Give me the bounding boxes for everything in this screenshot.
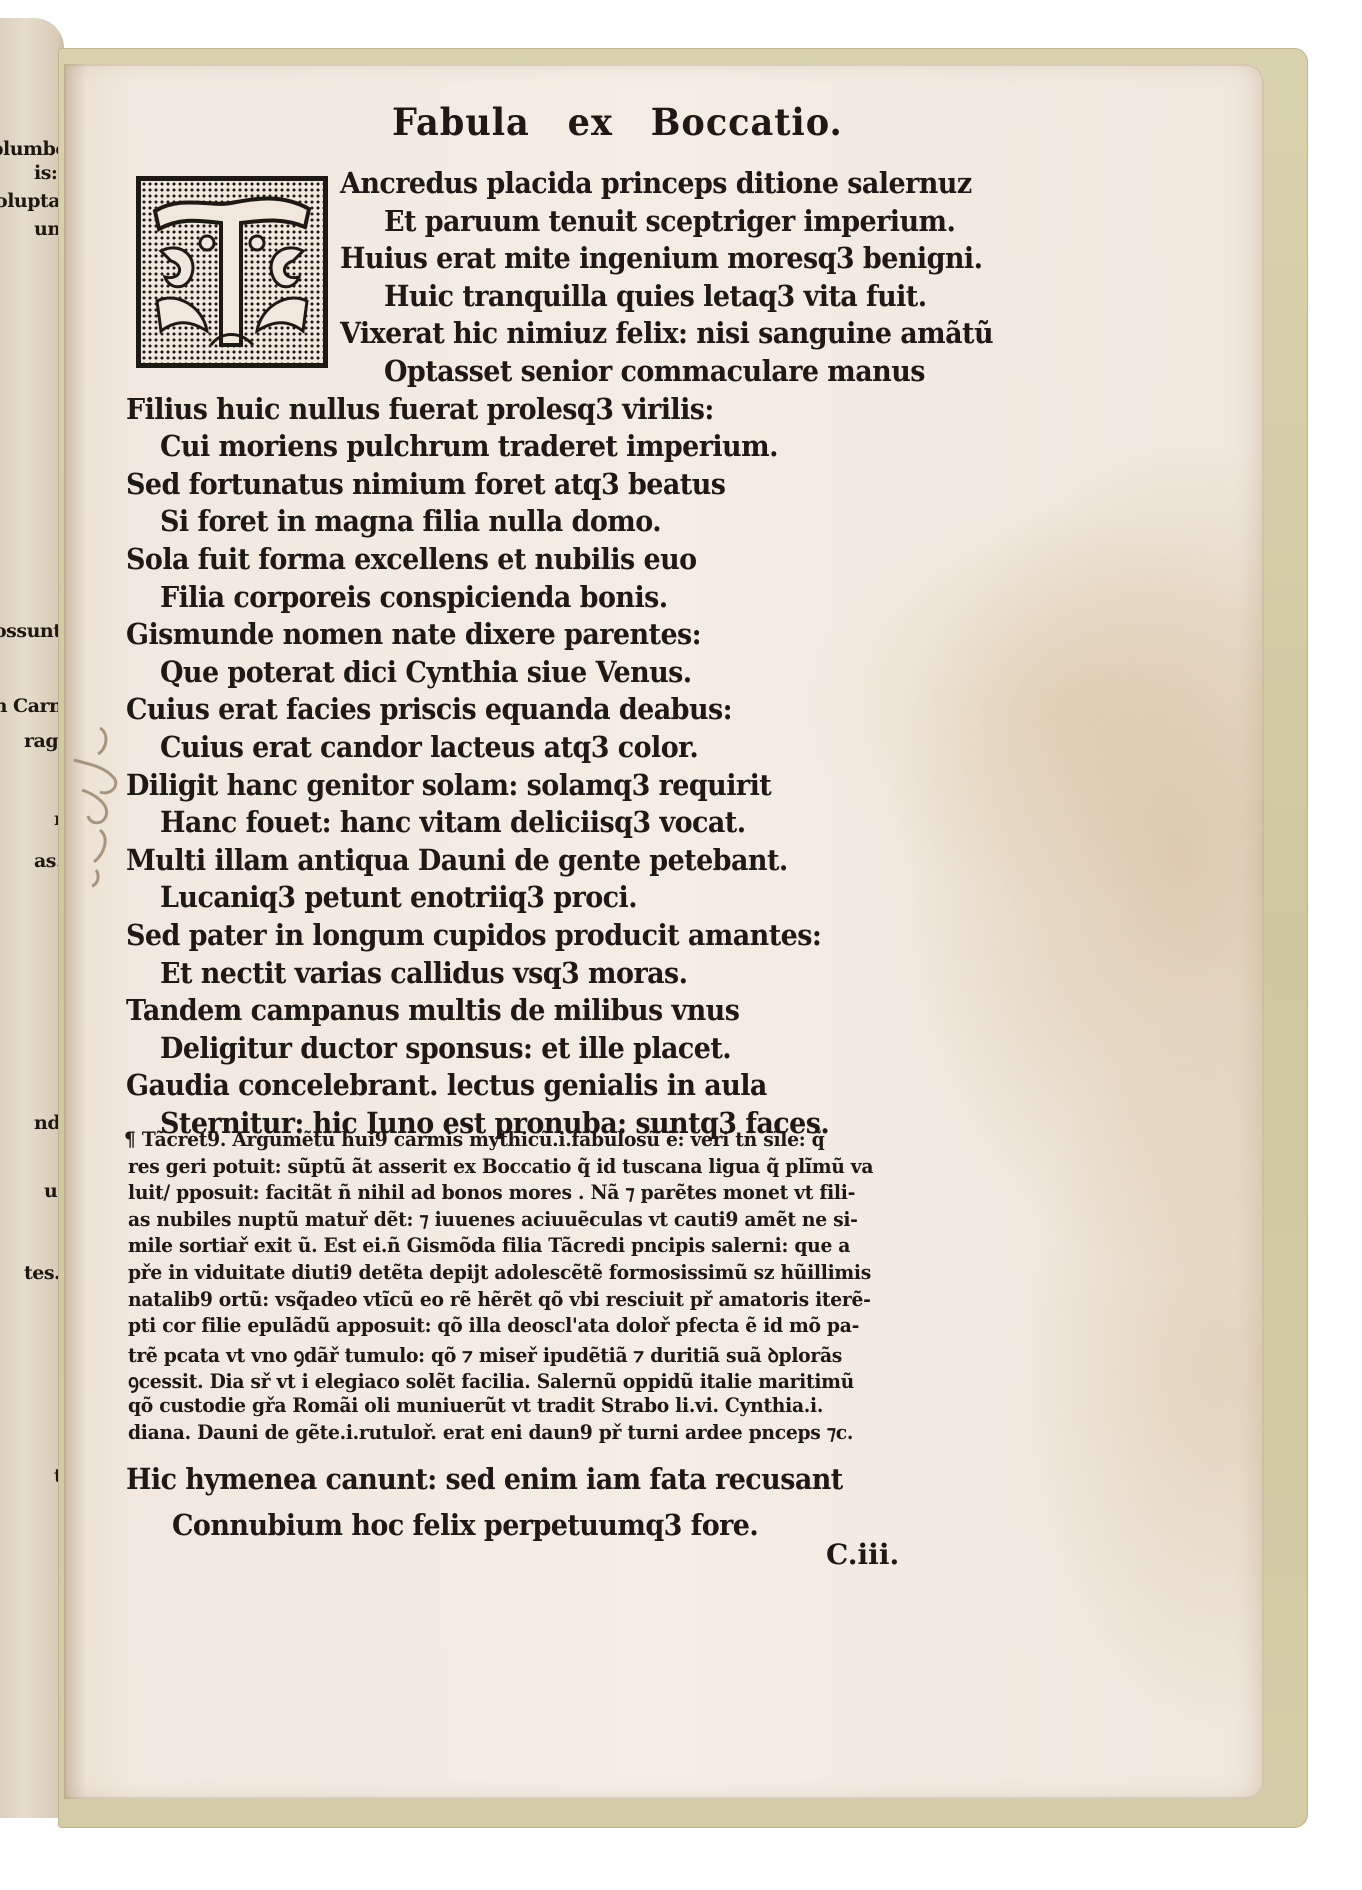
commentary-line: natalib9 ortũ: vsq̃adeo vtĩcũ eo rẽ hẽrẽ… (128, 1288, 871, 1311)
verse-line: Gaudia concelebrant. lectus genialis in … (126, 1068, 767, 1102)
verse-line: Cui moriens pulchrum traderet imperium. (160, 429, 778, 463)
facing-page-text-fragment: is: (34, 162, 57, 184)
verse-line: Deligitur ductor sponsus: et ille placet… (160, 1031, 731, 1065)
verse-line: Filius huic nullus fuerat prolesq3 viril… (126, 392, 714, 426)
commentary-line: res geri potuit: sũptũ ãt asserit ex Boc… (128, 1155, 873, 1178)
commentary-line: luit/ pposuit: facitãt ñ nihil ad bonos … (128, 1181, 855, 1204)
facing-page-text-fragment: ossunt. (0, 620, 64, 642)
verse-line: Gismunde nomen nate dixere parentes: (126, 617, 701, 651)
commentary-line: trẽ pcata vt vno ꝯdãř tumulo: qõ ⁊ miseř… (128, 1341, 842, 1368)
commentary-line: qõ custodie gřa Romãi oli muniuerũt vt t… (128, 1394, 823, 1417)
verse-line: Cuius erat facies priscis equanda deabus… (126, 692, 732, 726)
facing-page-left: ta plumbo:is:de voluptasum,ossunt.um Car… (0, 18, 64, 1818)
verse-line: Sed fortunatus nimium foret atq3 beatus (126, 467, 725, 501)
page-title: Fabula ex Boccatio. (392, 100, 843, 144)
verse-line: Ancredus placida princeps ditione salern… (340, 166, 972, 200)
verse-line: Filia corporeis conspicienda bonis. (160, 580, 668, 614)
margin-damage-mark (70, 720, 130, 890)
verse-line: Si foret in magna filia nulla domo. (160, 504, 661, 538)
commentary-line: diana. Dauni de gẽte.i.rutuloř. erat eni… (128, 1421, 853, 1444)
facing-page-text-fragment: tes. (24, 1262, 60, 1284)
verse-line: Et paruum tenuit sceptriger imperium. (384, 204, 955, 238)
verse-line: Diligit hanc genitor solam: solamq3 requ… (126, 768, 771, 802)
facing-page-text-fragment: de voluptas (0, 190, 64, 212)
verse-line: Cuius erat candor lacteus atq3 color. (160, 730, 698, 764)
facing-page-text-fragment: ta plumbo: (0, 138, 64, 160)
woodcut-initial-t (136, 176, 328, 368)
commentary-line: ¶ Tãcret9. Argumẽtũ hui9 carmis mythicũ.… (124, 1128, 824, 1151)
closing-verse-line: Hic hymenea canunt: sed enim iam fata re… (126, 1462, 843, 1496)
verse-line: Sed pater in longum cupidos producit ama… (126, 918, 821, 952)
verse-line: Lucaniq3 petunt enotriiq3 proci. (160, 880, 637, 914)
commentary-line: pti cor filie epulãdũ apposuit: qõ illa … (128, 1314, 859, 1337)
commentary-line: ꝯcessit. Dia sř vt i elegiaco solẽt faci… (128, 1367, 854, 1394)
floriated-t-icon (141, 181, 323, 363)
gutter-shadow (64, 64, 86, 1799)
signature-mark: C.iii. (826, 1538, 899, 1571)
commentary-line: mile sortiař exit ũ. Est ei.ñ Gismõda fi… (128, 1234, 850, 1257)
verse-line: Optasset senior commaculare manus (384, 354, 925, 388)
verse-line: Huic tranquilla quies letaq3 vita fuit. (384, 279, 927, 313)
verse-line: Sola fuit forma excellens et nubilis euo (126, 542, 697, 576)
facing-page-text-fragment: um Carni: (0, 695, 64, 717)
commentary-line: as nubiles nuptũ matuř dẽt: ⁊ iuuenes ac… (128, 1208, 858, 1231)
verse-line: Vixerat hic nimiuz felix: nisi sanguine … (340, 316, 993, 350)
commentary-line: pře in viduitate diuti9 detẽta depijt ad… (128, 1261, 871, 1284)
verse-line: Tandem campanus multis de milibus vnus (126, 993, 739, 1027)
closing-verse-line: Connubium hoc felix perpetuumq3 fore. (172, 1508, 758, 1542)
verse-line: Hanc fouet: hanc vitam deliciisq3 vocat. (160, 805, 746, 839)
verse-line: Et nectit varias callidus vsq3 moras. (160, 956, 687, 990)
verse-line: Huius erat mite ingenium moresq3 benigni… (340, 241, 982, 275)
verse-line: Multi illam antiqua Dauni de gente peteb… (126, 843, 788, 877)
verse-line: Que poterat dici Cynthia siue Venus. (160, 655, 692, 689)
